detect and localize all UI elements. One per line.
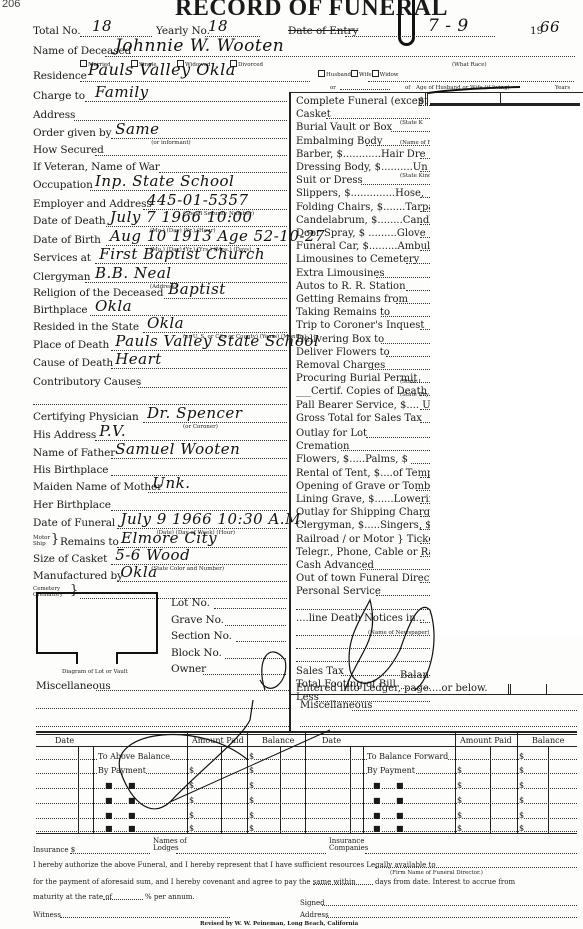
name-of-deceased-value[interactable]: Johnnie W. Wooten	[115, 38, 284, 54]
field-value[interactable]: First Baptist Church	[99, 246, 265, 262]
ledger-header-balance-left: Balance	[262, 736, 294, 745]
field-value[interactable]: P.V.	[99, 423, 126, 439]
dollar-sign: $	[249, 752, 254, 761]
charge-sublabel: (State I	[400, 379, 421, 385]
ledger-header-amount-left: Amount Paid	[192, 736, 244, 745]
charge-item: Autos to R. R. Station	[296, 281, 406, 292]
dollar-sign: $	[457, 811, 462, 820]
charge-item: Personal Service	[296, 586, 381, 597]
charge-item: Barber, $............Hair Dre	[296, 149, 426, 160]
field-label: Address	[33, 109, 75, 121]
charge-item: Sales Tax	[296, 666, 344, 677]
field-label: Size of Casket	[33, 553, 107, 565]
signed-label: Signed	[300, 899, 325, 907]
paper-overlay	[430, 95, 583, 635]
charge-sublabel: (State Phy	[400, 392, 429, 398]
dollar-sign: $	[189, 781, 194, 790]
dollar-sign: $	[519, 811, 524, 820]
field-label: Services at	[33, 252, 91, 264]
dollar-sign: $	[519, 752, 524, 761]
field-label: Occupation	[33, 179, 93, 191]
motor-ship-label: MotorShip	[33, 535, 50, 547]
field-value[interactable]: Okla	[95, 298, 132, 314]
ledger-header-balance-right: Balance	[532, 736, 564, 745]
field-label: His Birthplace	[33, 464, 108, 476]
payment-text: for the payment of aforesaid sum, and I …	[33, 878, 356, 886]
lot-field-label: Owner	[171, 663, 206, 675]
lot-field-label: Lot No.	[171, 597, 210, 609]
field-value[interactable]: Aug 10 1913 Age 52-10-27	[110, 228, 325, 244]
charge-item: Rental of Tent, $....of Tempo	[296, 468, 439, 479]
date-of-entry-value[interactable]: 7 - 9	[428, 18, 469, 34]
lot-field-label: Section No.	[171, 630, 232, 642]
checkbox-married[interactable]	[80, 60, 87, 67]
field-value[interactable]: Same	[115, 121, 159, 137]
field-label: Clergyman	[33, 271, 90, 283]
residence-label: Residence	[33, 70, 87, 82]
lot-diagram-label: Diagram of Lot or Vault	[62, 669, 128, 675]
charge-item: Clergyman, $.....Singers, $	[296, 520, 432, 531]
field-label: Maiden Name of Mother	[33, 481, 162, 493]
dollar-sign: $	[457, 796, 462, 805]
lodges-label: Names ofLodges	[153, 838, 187, 852]
companies-label: InsuranceCompanies	[329, 838, 368, 852]
dollar-sign: $	[249, 781, 254, 790]
field-value[interactable]: Elmore City	[121, 530, 217, 546]
charge-item: Limousines to Cemetery	[296, 254, 419, 265]
field-label: How Secured	[33, 144, 104, 156]
residence-value[interactable]: Pauls Valley Okla	[88, 62, 236, 78]
field-sublabel: (or informant)	[151, 140, 191, 146]
field-label: Her Birthplace	[33, 499, 111, 511]
year-value[interactable]: 66	[540, 19, 560, 35]
charge-item: Funeral Car, $.........Ambul	[296, 241, 430, 252]
page-number: 206	[2, 0, 20, 10]
field-label: Date of Funeral	[33, 517, 115, 529]
field-label: Manufactured by	[33, 570, 123, 582]
revised-by-text: Revised by W. W. Peineman, Long Beach, C…	[200, 921, 358, 927]
field-value[interactable]: Family	[95, 84, 149, 100]
lot-diagram-box	[36, 592, 158, 654]
complete-funeral-dollar: $	[418, 96, 424, 107]
field-value[interactable]: Heart	[115, 351, 162, 367]
yearly-no-value[interactable]: 18	[208, 18, 228, 34]
field-label: Birthplace	[33, 304, 88, 316]
firm-name-label: (Firm Name of Funeral Director.)	[390, 870, 483, 876]
charge-item: Slippers, $..............Hose,	[296, 188, 424, 199]
charge-item: Taking Remains to	[296, 307, 390, 318]
field-sublabel: (or Coroner)	[183, 424, 218, 430]
dollar-sign: $	[519, 796, 524, 805]
field-value[interactable]: Baptist	[168, 281, 226, 297]
dollar-sign: $	[519, 766, 524, 775]
ledger-header-date-right: Date	[322, 736, 341, 745]
insurance-label: Insurance $	[33, 846, 75, 854]
field-value[interactable]: 5-6 Wood	[115, 547, 190, 563]
days-text: days from date. Interest to accrue from	[375, 878, 515, 886]
field-sublabel: (State Color and Number)	[151, 566, 224, 572]
dollar-sign: $	[189, 796, 194, 805]
field-label: Contributory Causes	[33, 376, 141, 388]
field-label: Date of Death	[33, 215, 106, 227]
dollar-sign: $	[519, 781, 524, 790]
charge-sublabel: (Name of Newspaper)	[368, 630, 430, 636]
field-value[interactable]: Okla	[121, 564, 158, 580]
charge-item: Door Spray, $ .........Glove	[296, 228, 426, 239]
dollar-sign: $	[189, 811, 194, 820]
field-label: Order given by	[33, 127, 112, 139]
field-value[interactable]: B.B. Neal	[95, 265, 172, 281]
field-label: Name of Father	[33, 447, 115, 459]
address-label: Address	[300, 911, 329, 919]
charge-item: Flowers, $.....Palms, $	[296, 454, 408, 465]
ledger-row-label-left: By Payment	[98, 766, 146, 775]
dollar-sign: $	[189, 766, 194, 775]
field-value[interactable]: Unk.	[152, 475, 190, 491]
total-no-value[interactable]: 18	[92, 18, 112, 34]
lot-field-label: Grave No.	[171, 614, 224, 626]
paperclip-icon	[398, 0, 415, 46]
dollar-sign: $	[249, 824, 254, 833]
charge-item: Folding Chairs, $.......Tarpa	[296, 202, 434, 213]
dollar-sign: $	[457, 781, 462, 790]
field-value[interactable]: Samuel Wooten	[115, 441, 240, 457]
ledger-entry-label: Entered into Ledger, page....or below.	[296, 683, 488, 694]
lot-field-label: Block No.	[171, 647, 222, 659]
per-annum-text: % per annum.	[145, 893, 195, 901]
charge-sublabel: (State K	[400, 120, 423, 126]
years-label: Years	[555, 85, 570, 91]
field-label: His Address	[33, 429, 96, 441]
charge-item: Delivering Box to	[296, 334, 384, 345]
dollar-sign: $	[249, 766, 254, 775]
field-label: Date of Birth	[33, 234, 101, 246]
charge-item: Trip to Coroner's Inquest	[296, 320, 424, 331]
charge-item: Getting Remains from	[296, 294, 408, 305]
balance-label: Balan	[400, 670, 429, 681]
charge-item: Candelabrum, $........Candl	[296, 215, 432, 226]
ledger-row-label-right: By Payment	[367, 766, 415, 775]
total-no-label: Total No.	[33, 25, 80, 37]
field-value[interactable]: July 7 1966 10:00	[110, 209, 253, 225]
ledger-row-label-left: To Above Balance	[98, 752, 170, 761]
witness-label: Witness	[33, 911, 61, 919]
field-label: Charge to	[33, 90, 85, 102]
field-value[interactable]: Dr. Spencer	[147, 405, 242, 421]
charge-sublabel: (Name of F	[400, 140, 431, 146]
charge-item: Opening of Grave or Tomb	[296, 481, 430, 492]
age-spouse-label: Age of Husband or Wife (if living)	[416, 85, 510, 91]
spouse-or-label: or	[330, 85, 336, 91]
dollar-sign: $	[457, 824, 462, 833]
maturity-text: maturity at the rate of	[33, 893, 112, 901]
charge-item: Lining Grave, $......Lowerin	[296, 494, 435, 505]
charge-item: Gross Total for Sales Tax	[296, 413, 422, 424]
ledger-header-amount-right: Amount Paid	[460, 736, 512, 745]
spouse-options[interactable]: HusbandWifeWidow	[318, 70, 399, 78]
ledger-row-label-right: To Balance Forward	[367, 752, 448, 761]
charge-sublabel: (State Kind	[400, 173, 432, 179]
charge-item: Outlay for Lot	[296, 428, 367, 439]
charge-item: Deliver Flowers to	[296, 347, 390, 358]
funeral-record-page: 206 RECORD OF FUNERAL Total No. 18 Yearl…	[0, 0, 583, 929]
spouse-of-label: of	[405, 85, 410, 91]
charge-item: Extra Limousines	[296, 268, 384, 279]
dollar-sign: $	[249, 811, 254, 820]
dollar-sign: $	[457, 766, 462, 775]
field-value[interactable]: July 9 1966 10:30 A.M.	[121, 511, 307, 527]
field-value[interactable]: 445-01-5357	[147, 192, 249, 208]
what-race-label: (What Race)	[452, 62, 487, 68]
ledger-header-date-left: Date	[55, 736, 74, 745]
field-label: Cause of Death	[33, 357, 113, 369]
charge-item: ....line Death Notices in...	[296, 613, 425, 624]
field-label: Place of Death	[33, 339, 109, 351]
charge-item: Dressing Body, $..........Un	[296, 162, 428, 173]
dollar-sign: $	[519, 824, 524, 833]
charge-item: Suit or Dress	[296, 175, 363, 186]
dollar-sign: $	[189, 824, 194, 833]
field-value[interactable]: Okla	[147, 315, 184, 331]
dollar-sign: $	[249, 796, 254, 805]
field-value[interactable]: Inp. State School	[95, 173, 234, 189]
field-label: Remains to	[60, 536, 119, 548]
charge-item: Burial Vault or Box	[296, 122, 392, 133]
